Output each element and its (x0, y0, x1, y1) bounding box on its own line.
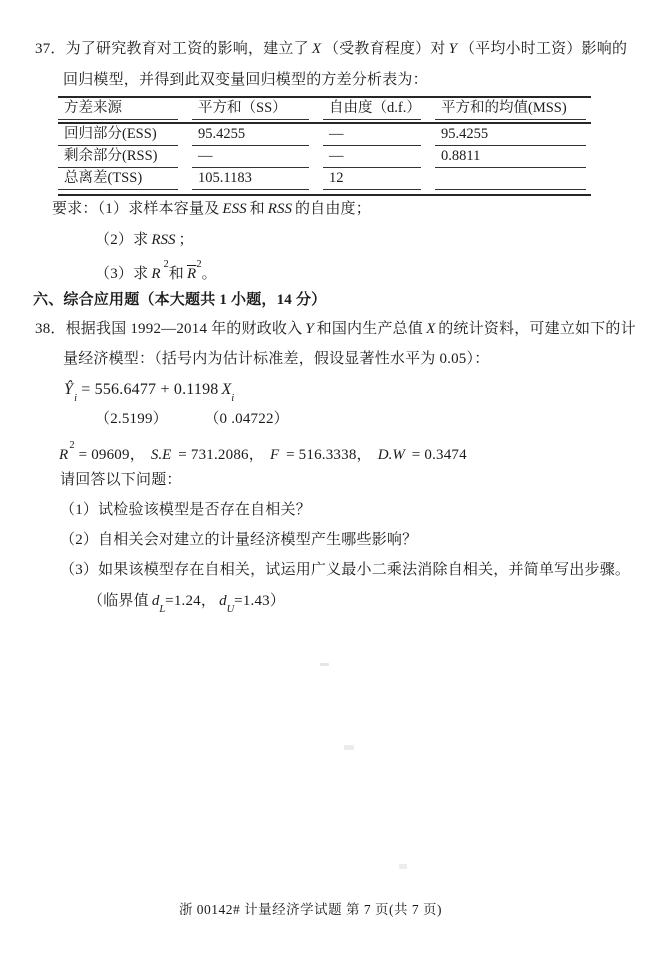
var-x: X (312, 41, 321, 57)
q37-task2: （2）求RSS； (95, 231, 194, 250)
q38-number: 38． (35, 321, 66, 337)
stat-r: R (59, 447, 68, 463)
subscript-i: i (74, 393, 77, 404)
table-row-tss: 总离差(TSS) 105.1183 12 (58, 168, 591, 195)
term-rss: RSS (151, 232, 175, 248)
equation-rhs: = 556.6477 + 0.1198 (81, 381, 218, 398)
scan-speck (399, 864, 407, 869)
var-x: X (222, 381, 232, 398)
q37-number: 37． (35, 41, 66, 57)
term-r-squared: R (151, 266, 160, 282)
cell-ess-mss: 95.4255 (435, 124, 586, 146)
table-row-ess: 回归部分(ESS) 95.4255 — 95.4255 (58, 123, 591, 146)
anova-table: 方差来源 平方和（SS） 自由度（d.f.） 平方和的均值(MSS) 回归部分(… (58, 96, 591, 196)
regression-equation: Ŷi = 556.6477 + 0.1198Xi (63, 380, 234, 405)
q38-text: 和国内生产总值 (317, 321, 423, 337)
stat-r2-value: = 09609， (79, 447, 145, 463)
cell-rss-label: 剩余部分(RSS) (58, 146, 178, 168)
col-header-df: 自由度（d.f.） (323, 98, 421, 120)
q38-prompt: 请回答以下问题： (60, 471, 182, 490)
cell-rss-ss: — (192, 146, 309, 168)
scan-speck (344, 745, 354, 750)
scan-speck (320, 663, 329, 666)
subscript-i: i (231, 393, 234, 404)
q37-text: （受教育程度）对 (324, 41, 446, 57)
task1-text: 的自由度； (295, 201, 371, 217)
task1-text: 要求：（1）求样本容量及 (52, 201, 219, 217)
stat-f: F (270, 447, 279, 463)
q38-critical-values: （临界值dL=1.24，dU=1.43） (88, 592, 285, 616)
exam-page: 37．为了研究教育对工资的影响，建立了X（受教育程度）对Y（平均小时工资）影响的… (0, 0, 647, 966)
q37-task3: （3）求R2和R2。 (95, 260, 217, 284)
var-x: X (426, 321, 435, 337)
task3-text: 和 (169, 266, 184, 282)
term-r-bar-squared: R (187, 266, 196, 282)
task2-text: ； (178, 232, 193, 248)
term-rss: RSS (268, 201, 292, 217)
q38-sub3: （3）如果该模型存在自相关，试运用广义最小二乘法消除自相关，并简单写出步骤。 (60, 561, 630, 580)
subscript-U: U (227, 604, 235, 615)
q37-text: 为了研究教育对工资的影响，建立了 (66, 41, 309, 57)
q38-line2: 量经济模型：（括号内为估计标准差，假设显著性水平为 0.05）： (63, 350, 489, 369)
task1-text: 和 (250, 201, 265, 217)
y-hat: Ŷ (64, 381, 73, 398)
anova-header-row: 方差来源 平方和（SS） 自由度（d.f.） 平方和的均值(MSS) (58, 97, 591, 123)
stat-se: S.E (151, 447, 171, 463)
cell-tss-ss: 105.1183 (192, 168, 309, 190)
page-footer: 浙 00142# 计量经济学试题 第 7 页(共 7 页) (0, 898, 647, 918)
q37-line1: 37．为了研究教育对工资的影响，建立了X（受教育程度）对Y（平均小时工资）影响的 (35, 40, 627, 59)
var-y: Y (305, 321, 313, 337)
q37-task1: 要求：（1）求样本容量及ESS和RSS的自由度； (52, 200, 371, 219)
critical-text: （临界值 (88, 593, 149, 609)
cell-ess-ss: 95.4255 (192, 124, 309, 146)
task3-text: （3）求 (95, 266, 148, 282)
cell-ess-df: — (323, 124, 421, 146)
var-y: Y (449, 41, 457, 57)
superscript-2: 2 (196, 259, 201, 270)
critical-du-value: =1.43） (234, 593, 285, 609)
cell-tss-mss (435, 168, 586, 190)
q38-text: 的统计资料，可建立如下的计 (438, 321, 636, 337)
se-intercept: （2.5199） (95, 411, 168, 427)
cell-rss-df: — (323, 146, 421, 168)
subscript-L: L (159, 604, 165, 615)
se-slope: （0 .04722） (212, 411, 289, 427)
stat-dw-value: = 0.3474 (412, 447, 467, 463)
col-header-mss: 平方和的均值(MSS) (435, 98, 586, 120)
superscript-2: 2 (69, 440, 74, 451)
q38-sub2: （2）自相关会对建立的计量经济模型产生哪些影响？ (60, 531, 417, 550)
stat-f-value: = 516.3338， (286, 447, 372, 463)
cell-tss-label: 总离差(TSS) (58, 168, 178, 190)
col-header-source: 方差来源 (58, 98, 178, 120)
critical-dl-value: =1.24， (165, 593, 216, 609)
q38-sub1: （1）试检验该模型是否存在自相关？ (60, 501, 311, 520)
superscript-2: 2 (163, 259, 168, 270)
task2-text: （2）求 (95, 232, 148, 248)
stat-du: d (219, 593, 227, 609)
q38-text: 根据我国 1992—2014 年的财政收入 (66, 321, 303, 337)
stat-dw: D.W (378, 447, 405, 463)
stat-se-value: = 731.2086， (178, 447, 264, 463)
cell-tss-df: 12 (323, 168, 421, 190)
q37-text: （平均小时工资）影响的 (460, 41, 627, 57)
term-ess: ESS (222, 201, 246, 217)
standard-errors-line: （2.5199）（0 .04722） (95, 410, 289, 429)
task3-text: 。 (202, 266, 217, 282)
cell-ess-label: 回归部分(ESS) (58, 124, 178, 146)
table-row-rss: 剩余部分(RSS) — — 0.8811 (58, 146, 591, 168)
section-6-heading: 六、综合应用题（本大题共 1 小题，14 分） (33, 291, 326, 310)
col-header-ss: 平方和（SS） (192, 98, 309, 120)
cell-rss-mss: 0.8811 (435, 146, 586, 168)
q37-line2: 回归模型，并得到此双变量回归模型的方差分析表为： (63, 71, 428, 90)
statistics-line: R2 = 09609，S.E = 731.2086，F = 516.3338，D… (58, 441, 467, 465)
q38-line1: 38．根据我国 1992—2014 年的财政收入Y和国内生产总值X的统计资料，可… (35, 320, 636, 339)
